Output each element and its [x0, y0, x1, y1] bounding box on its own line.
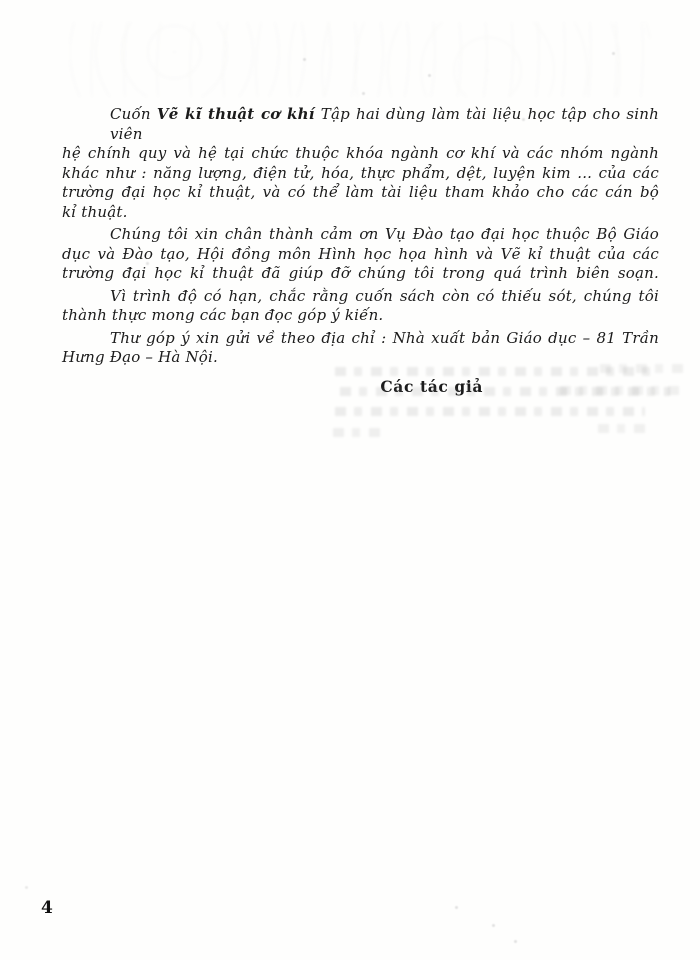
- paragraph-line: hệ chính quy và hệ tại chức thuộc khóa n…: [62, 144, 659, 164]
- scan-speck: [303, 58, 306, 61]
- scan-speck: [428, 74, 431, 77]
- scan-speck: [522, 118, 525, 121]
- paragraph-line: Vì trình độ có hạn, chắc rằng cuốn sách …: [62, 287, 659, 307]
- paragraph-line: trường đại học kỉ thuật đã giúp đỡ chúng…: [62, 264, 659, 284]
- paragraph-4: Thư góp ý xin gửi về theo địa chỉ : Nhà …: [62, 329, 659, 368]
- scanned-book-page: Cuốn Vẽ kĩ thuật cơ khí Tập hai dùng làm…: [0, 0, 700, 960]
- paragraph-line: thành thực mong các bạn đọc góp ý kiến.: [62, 306, 659, 326]
- scan-speck: [514, 940, 517, 943]
- paragraph-3: Vì trình độ có hạn, chắc rằng cuốn sách …: [62, 287, 659, 326]
- paragraph-line: Chúng tôi xin chân thành cảm ơn Vụ Đào t…: [62, 225, 659, 245]
- scan-speck: [146, 262, 149, 265]
- page-number: 4: [41, 898, 53, 918]
- body-text: Cuốn Vẽ kĩ thuật cơ khí Tập hai dùng làm…: [62, 105, 659, 396]
- paragraph-line: dục và Đào tạo, Hội đồng môn Hình học họ…: [62, 245, 659, 265]
- ghost-text-artifact: [333, 428, 388, 437]
- paragraph-line: Hưng Đạo – Hà Nội.: [62, 348, 659, 368]
- scan-speck: [492, 924, 495, 927]
- ghost-text-artifact: [560, 386, 680, 395]
- paragraph-line: trường đại học kỉ thuật, và có thể làm t…: [62, 183, 659, 203]
- book-title-text: Vẽ kĩ thuật cơ khí: [157, 105, 315, 123]
- paragraph-line: kỉ thuật.: [62, 203, 659, 223]
- scan-speck: [455, 906, 458, 909]
- scan-noise-band: [70, 22, 650, 97]
- paragraph-2: Chúng tôi xin chân thành cảm ơn Vụ Đào t…: [62, 225, 659, 284]
- scan-speck: [612, 52, 615, 55]
- paragraph-line: Thư góp ý xin gửi về theo địa chỉ : Nhà …: [62, 329, 659, 349]
- scan-speck: [362, 92, 365, 95]
- ghost-text-artifact: [600, 364, 685, 373]
- ghost-text-artifact: [335, 407, 645, 416]
- paragraph-line: Cuốn Vẽ kĩ thuật cơ khí Tập hai dùng làm…: [62, 105, 659, 144]
- paragraph-line: khác như : năng lượng, điện tử, hóa, thự…: [62, 164, 659, 184]
- text-run: Cuốn: [110, 105, 151, 123]
- scan-speck: [25, 886, 28, 889]
- ghost-text-artifact: [598, 424, 648, 433]
- paragraph-1: Cuốn Vẽ kĩ thuật cơ khí Tập hai dùng làm…: [62, 105, 659, 222]
